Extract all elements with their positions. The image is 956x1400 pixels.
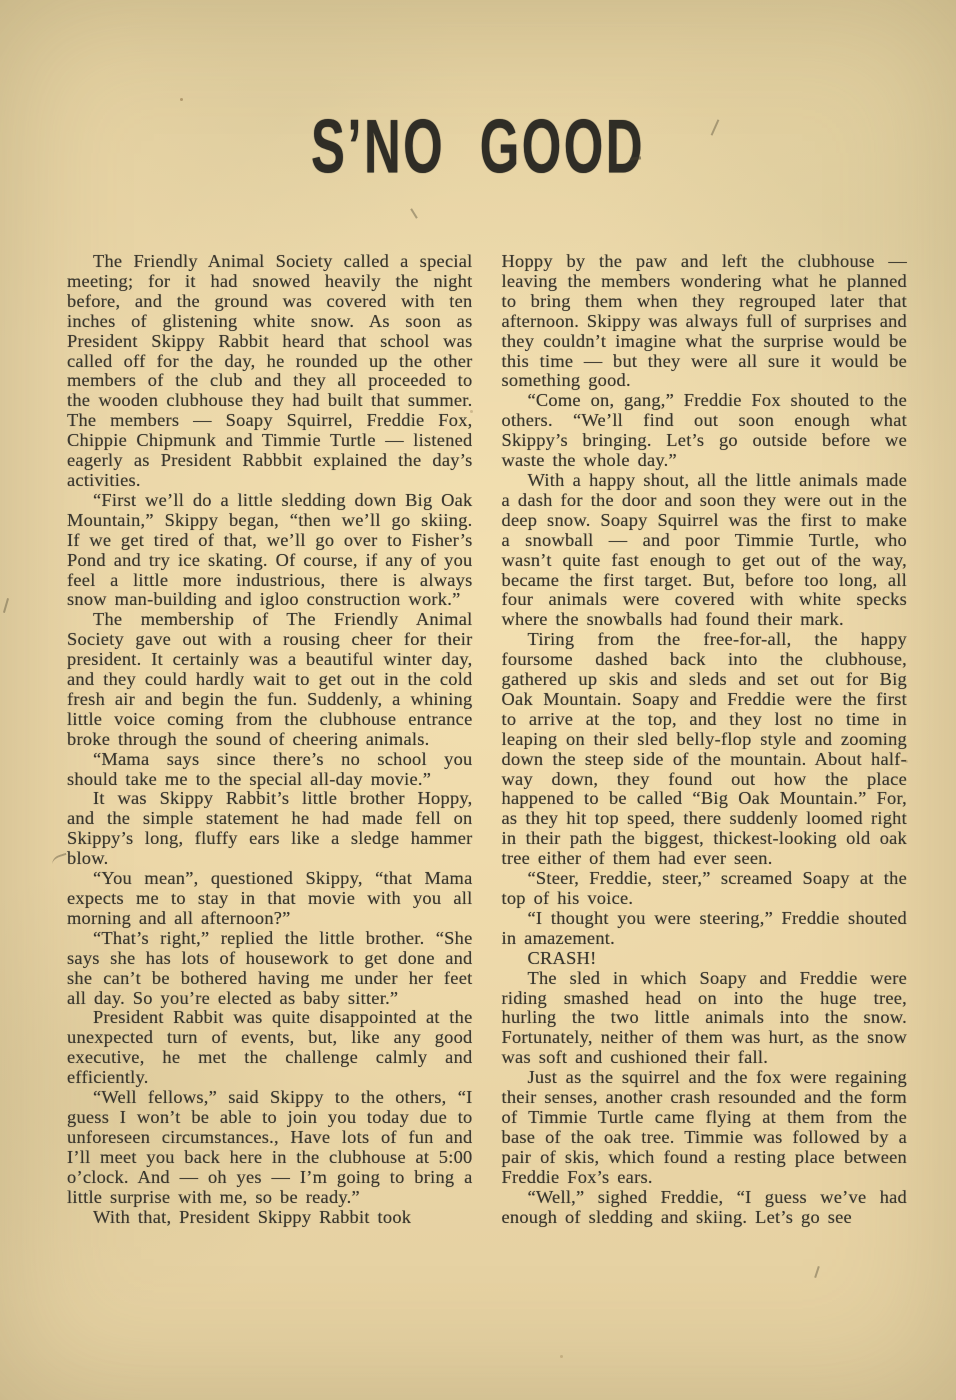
story-paragraph: President Rabbit was quite disappointed … (67, 1008, 473, 1088)
paper-scratch-mark (814, 1266, 820, 1278)
story-paragraph: “Well,” sighed Freddie, “I guess we’ve h… (502, 1188, 908, 1228)
story-paragraph: Hoppy by the paw and left the clubhouse … (502, 252, 908, 391)
story-paragraph: “First we’ll do a little sledding down B… (67, 491, 473, 610)
story-paragraph: With a happy shout, all the little anima… (502, 471, 908, 630)
story-paragraph: “You mean”, questioned Skippy, “that Mam… (67, 869, 473, 929)
left-column: The Friendly Animal Society called a spe… (67, 252, 473, 1227)
comic-text-page: { "page": { "title": "S’NO GOOD" }, "col… (0, 0, 956, 1400)
story-paragraph: CRASH! (502, 949, 908, 969)
story-paragraph: The Friendly Animal Society called a spe… (67, 252, 473, 491)
story-paragraph: With that, President Skippy Rabbit took (67, 1208, 473, 1228)
story-columns: The Friendly Animal Society called a spe… (67, 252, 907, 1227)
paper-scratch-mark (410, 208, 418, 218)
story-paragraph: “Steer, Freddie, steer,” screamed Soapy … (502, 869, 908, 909)
paper-speck (180, 98, 183, 101)
story-paragraph: “I thought you were steering,” Freddie s… (502, 909, 908, 949)
story-paragraph: The sled in which Soapy and Freddie were… (502, 969, 908, 1069)
story-paragraph: “Come on, gang,” Freddie Fox shouted to … (502, 391, 908, 471)
paper-speck (560, 1355, 563, 1358)
story-paragraph: “That’s right,” replied the little broth… (67, 929, 473, 1009)
right-column: Hoppy by the paw and left the clubhouse … (502, 252, 908, 1227)
paper-scratch-mark (3, 598, 9, 613)
page-title: S’NO GOOD (86, 104, 870, 191)
story-paragraph: Tiring from the free-for-all, the happy … (502, 630, 908, 869)
story-paragraph: Just as the squirrel and the fox were re… (502, 1068, 908, 1187)
story-paragraph: It was Skippy Rabbit’s little brother Ho… (67, 789, 473, 869)
story-paragraph: “Mama says since there’s no school you s… (67, 750, 473, 790)
story-paragraph: The membership of The Friendly Animal So… (67, 610, 473, 749)
story-paragraph: “Well fellows,” said Skippy to the other… (67, 1088, 473, 1207)
